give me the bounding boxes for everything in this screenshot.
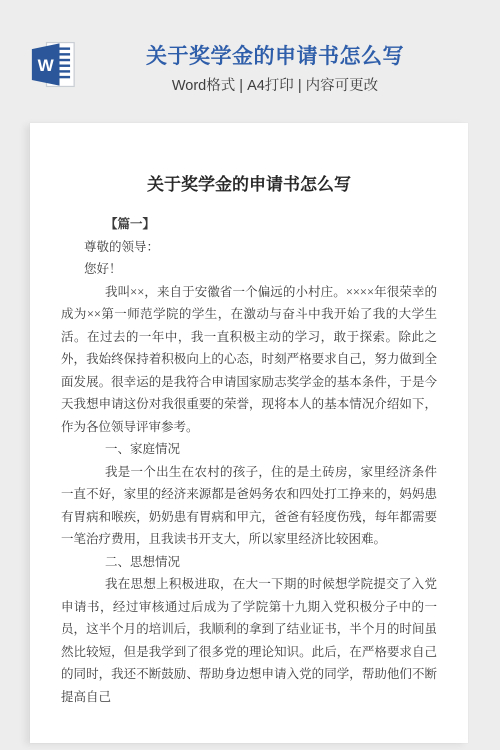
svg-text:W: W	[38, 56, 55, 75]
document-body: 【篇一】 尊敬的领导： 您好！ 我叫××，来自于安徽省一个偏远的小村庄。××××…	[61, 213, 437, 708]
salutation-line: 尊敬的领导：	[61, 236, 437, 259]
section-heading-2: 二、思想情况	[61, 551, 437, 574]
paragraph-family: 我是一个出生在农村的孩子，住的是土砖房，家里经济条件一直不好，家里的经济来源都是…	[61, 461, 437, 551]
section-heading-1: 一、家庭情况	[61, 438, 437, 461]
piece-label: 【篇一】	[61, 213, 437, 236]
paragraph-ideology: 我在思想上积极进取，在大一下期的时候想学院提交了入党申请书，经过审核通过后成为了…	[61, 573, 437, 708]
word-document-icon: W	[27, 36, 79, 93]
preview-header: W 关于奖学金的申请书怎么写 Word格式 | A4打印 | 内容可更改	[0, 0, 500, 123]
header-text-block: 关于奖学金的申请书怎么写 Word格式 | A4打印 | 内容可更改	[80, 43, 470, 96]
paragraph-intro: 我叫××，来自于安徽省一个偏远的小村庄。××××年很荣幸的成为××第一师范学院的…	[61, 281, 437, 439]
greeting-line: 您好！	[61, 258, 437, 281]
document-content: 关于奖学金的申请书怎么写 【篇一】 尊敬的领导： 您好！ 我叫××，来自于安徽省…	[30, 123, 468, 708]
format-info: Word格式 | A4打印 | 内容可更改	[80, 76, 470, 96]
page-title: 关于奖学金的申请书怎么写	[80, 43, 470, 70]
document-title: 关于奖学金的申请书怎么写	[61, 173, 437, 197]
document-page: 关于奖学金的申请书怎么写 【篇一】 尊敬的领导： 您好！ 我叫××，来自于安徽省…	[30, 123, 468, 743]
